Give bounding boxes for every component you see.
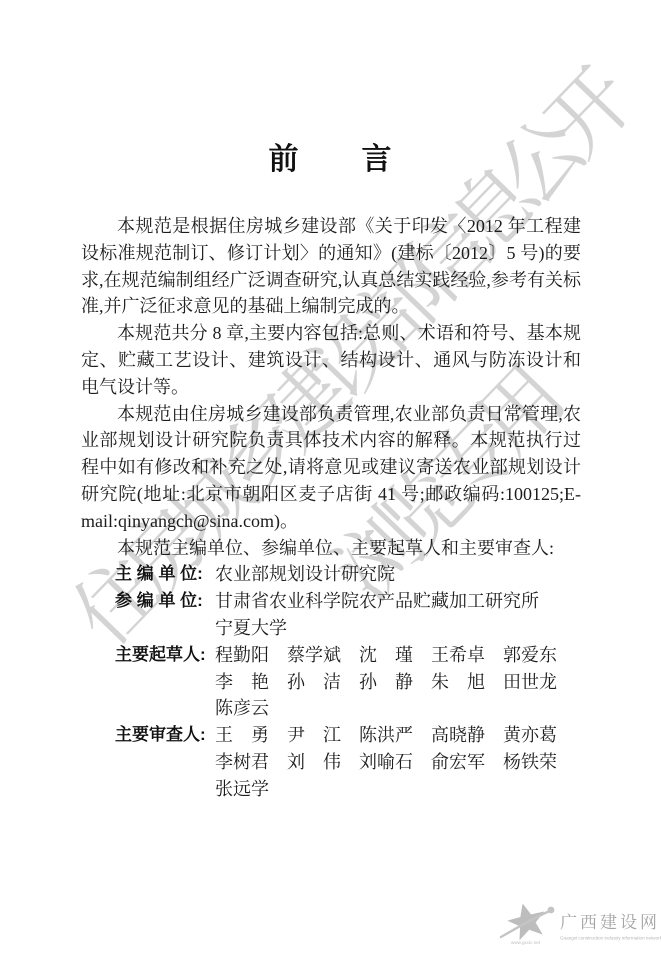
editor-label: 主 编 单 位: [115, 561, 215, 588]
editor-line: 宁夏大学 [215, 618, 287, 638]
document-page: 住房城乡建设部信息公开 浏览专用 前 言 本规范是根据住房城乡建设部《关于印发〈… [0, 0, 661, 958]
foreword-paragraph: 本规范是根据住房城乡建设部《关于印发〈2012 年工程建设标准规范制订、修订计划… [81, 213, 581, 320]
editors-list: 主 编 单 位: 农业部规划设计研究院 参 编 单 位: 甘肃省农业科学院农产品… [81, 561, 581, 802]
name-row: 王 勇 尹 江 陈洪严 高晓静 黄亦葛 [215, 725, 557, 745]
editor-label: 参 编 单 位: [115, 588, 215, 615]
star-caption: www.gxcic.net [511, 940, 541, 945]
participating-unit-section: 参 编 单 位: 甘肃省农业科学院农产品贮藏加工研究所 宁夏大学 [81, 588, 581, 642]
gx-construction-logo: www.gxcic.net 广西建设网 Guangxi construction… [497, 895, 659, 955]
foreword-paragraph: 本规范由住房城乡建设部负责管理,农业部负责日常管理,农业部规划设计研究院负责具体… [81, 401, 581, 535]
editor-line: 甘肃省农业科学院农产品贮藏加工研究所 [215, 591, 539, 611]
foreword-body: 本规范是根据住房城乡建设部《关于印发〈2012 年工程建设标准规范制订、修订计划… [81, 213, 581, 803]
editor-label: 主要审查人: [115, 722, 215, 749]
name-row: 李 艳 孙 洁 孙 静 朱 旭 田世龙 [215, 672, 557, 692]
page-title: 前 言 [0, 134, 661, 178]
name-row: 程勤阳 蔡学斌 沈 瑾 王希卓 郭爱东 [215, 645, 557, 665]
star-swoosh-icon: www.gxcic.net [497, 895, 559, 953]
chief-drafters-section: 主要起草人: 程勤阳 蔡学斌 沈 瑾 王希卓 郭爱东 李 艳 孙 洁 孙 静 朱… [81, 642, 581, 722]
logo-text-block: 广西建设网 Guangxi construction industry info… [560, 895, 661, 942]
name-row: 李树君 刘 伟 刘喻石 俞宏军 杨铁荣 [215, 752, 557, 772]
chief-reviewers-section: 主要审查人: 王 勇 尹 江 陈洪严 高晓静 黄亦葛 李树君 刘 伟 刘喻石 俞… [81, 722, 581, 802]
name-row: 陈彦云 [215, 698, 269, 718]
logo-site-name: 广西建设网 [560, 908, 661, 933]
editor-label: 主要起草人: [115, 642, 215, 669]
chief-editing-unit-section: 主 编 单 位: 农业部规划设计研究院 [81, 561, 581, 588]
editor-line: 农业部规划设计研究院 [215, 564, 395, 584]
name-row: 张远学 [215, 779, 269, 799]
foreword-paragraph: 本规范主编单位、参编单位、主要起草人和主要审查人: [81, 535, 581, 562]
foreword-paragraph: 本规范共分 8 章,主要内容包括:总则、术语和符号、基本规定、贮藏工艺设计、建筑… [81, 320, 581, 400]
logo-tagline: Guangxi construction industry informatio… [560, 936, 661, 942]
